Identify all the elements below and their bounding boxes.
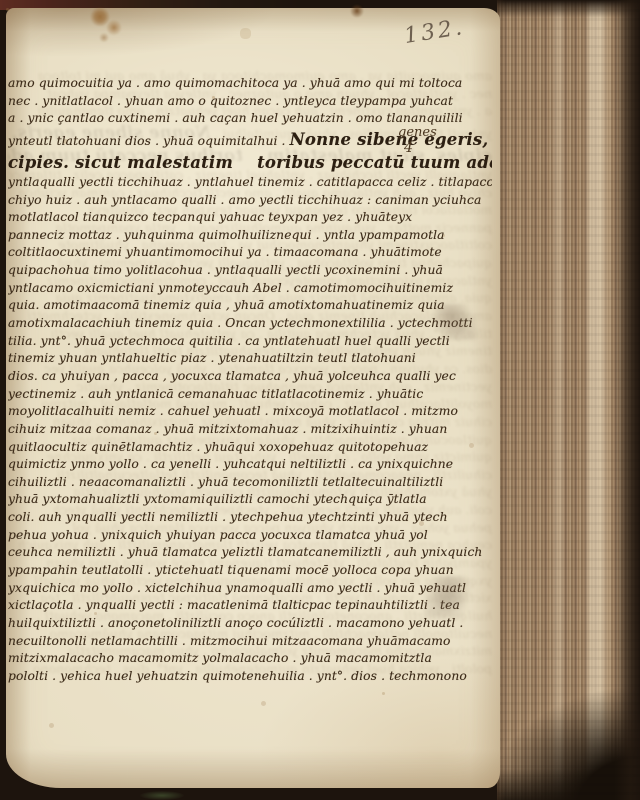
manuscript-line: motlatlacol tianquizco tecpanqui yahuac … <box>8 209 492 227</box>
nahuatl-text: ynteutl tlatohuani dios . yhuā oquimital… <box>8 134 290 148</box>
margin-citation: genes 4 <box>398 125 458 156</box>
manuscript-line: yectinemiz . auh yntlanicā cemanahuac ti… <box>8 386 492 404</box>
ink-spot <box>350 4 364 18</box>
manuscript-line: coltitlaocuxtinemi yhuantimomocihui ya .… <box>8 244 492 262</box>
manuscript-line: ypampahin teutlatolli . ytictehuatl tiqu… <box>8 562 492 580</box>
manuscript-line: cihuiz mitzaa comanaz . yhuā mitzixtomah… <box>8 421 492 439</box>
manuscript-line: coli. auh ynqualli yectli nemiliztli . y… <box>8 509 492 527</box>
open-book-photo: 132. amo quimocuitia ya . amo quimomachi… <box>0 0 640 800</box>
fore-edge-shading <box>497 0 640 800</box>
manuscript-line: panneciz mottaz . yuhquinma quimolhuiliz… <box>8 227 492 245</box>
bleedthrough-smudge <box>434 304 476 340</box>
manuscript-line: pololti . yehica huel yehuatzin quimoten… <box>8 668 492 686</box>
manuscript-line: huilquixtiliztli . anoçonetoliniliztli a… <box>8 615 492 633</box>
manuscript-line: yntlaqualli yectli ticchihuaz . yntlahue… <box>8 174 492 192</box>
manuscript-line: mitzixmalacacho macamomitz yolmalacacho … <box>8 650 492 668</box>
margin-citation-chapter: 4 <box>398 140 458 156</box>
ink-stain <box>86 6 126 42</box>
manuscript-line: quimictiz ynmo yollo . ca yenelli . yuhc… <box>8 456 492 474</box>
manuscript-line: dios. ca yhuiyan , pacca , yocuxca tlama… <box>8 368 492 386</box>
manuscript-line: chiyo huiz . auh yntlacamo qualli . amo … <box>8 192 492 210</box>
foxing-spots <box>6 8 9 11</box>
manuscript-line: xictlaçotla . ynqualli yectli : macatlen… <box>8 597 492 615</box>
book-fore-edge <box>497 0 640 800</box>
latin-quotation-text: cipies. sicut malestatim <box>8 153 233 172</box>
book-cover-edge-bottom <box>140 791 184 800</box>
manuscript-page: 132. amo quimocuitia ya . amo quimomachi… <box>6 8 500 788</box>
folio-number: 132. <box>402 12 485 50</box>
manuscript-line: moyolitlacalhuiti nemiz . cahuel yehuatl… <box>8 403 492 421</box>
manuscript-line: quitlaocultiz quinētlamachtiz . yhuāqui … <box>8 439 492 457</box>
manuscript-line: necuiltonolli netlamachtilli . mitzmocih… <box>8 633 492 651</box>
latin-quotation-text: Nonne sibene egeris, re <box>290 130 492 149</box>
manuscript-line: quipachohua timo yolitlacohua . yntlaqua… <box>8 262 492 280</box>
manuscript-line: ceuhca nemiliztli . yhuā tlamatca yelizt… <box>8 544 492 562</box>
manuscript-line: yxquichica mo yollo . xictelchihua ynamo… <box>8 580 492 598</box>
manuscript-line: nec . ynitlatlacol . yhuan amo o quitozn… <box>8 93 492 111</box>
nahuatl-text <box>233 157 257 171</box>
manuscript-line: pehua yohua . ynixquich yhuiyan pacca yo… <box>8 527 492 545</box>
manuscript-line: tilia. ynt°. yhuā yctechmoca quitilia . … <box>8 333 492 351</box>
manuscript-line: yhuā yxtomahualiztli yxtomamiquiliztli c… <box>8 491 492 509</box>
manuscript-line: cihuiliztli . neaacomanaliztli . yhuā te… <box>8 474 492 492</box>
manuscript-line: tinemiz yhuan yntlahueltic piaz . ytenah… <box>8 350 492 368</box>
manuscript-line: quia. amotimaacomā tinemiz quia , yhuā a… <box>8 297 492 315</box>
bleedthrough-smudge <box>424 576 476 618</box>
margin-citation-book: genes <box>398 125 458 140</box>
manuscript-line: yntlacamo oxicmictiani ynmoteyccauh Abel… <box>8 280 492 298</box>
manuscript-line: amo quimocuitia ya . amo quimomachitoca … <box>8 75 492 93</box>
manuscript-lines: amo quimocuitia ya . amo quimomachitoca … <box>8 75 492 686</box>
manuscript-line: amotixmalacachiuh tinemiz quia . Oncan y… <box>8 315 492 333</box>
